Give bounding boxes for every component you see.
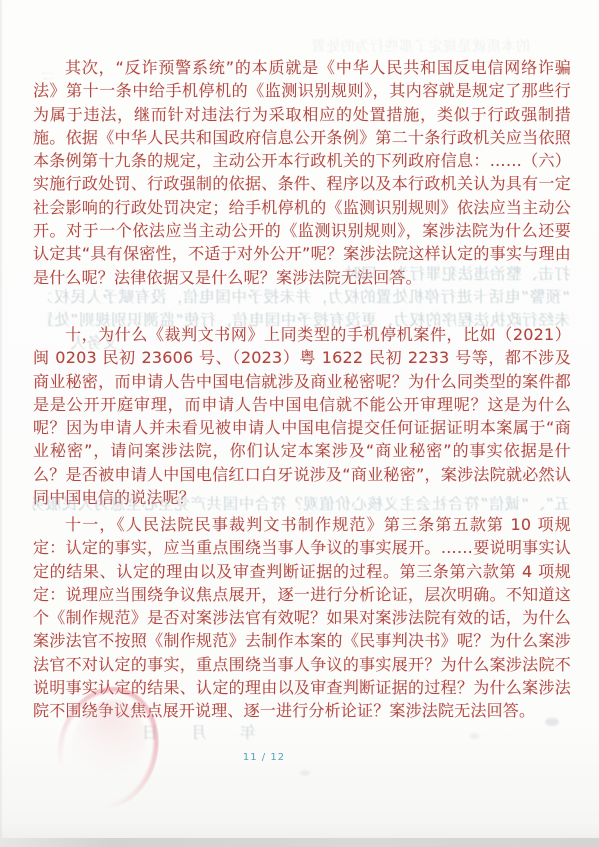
- page-number: 11 / 12: [222, 752, 306, 763]
- paragraph-qici: 其次，“反诈预警系统”的本质就是《中华人民共和国反电信网络诈骗法》第十一条中给手…: [33, 56, 571, 289]
- paragraph-ten: 十，为什么《裁判文书网》上同类型的手机停机案件，比如（2021）闽 0203 民…: [33, 323, 571, 509]
- scan-speck: [300, 770, 310, 776]
- scan-speck: [545, 718, 559, 726]
- bleedthrough-date-marks: 年 月 日: [86, 720, 256, 743]
- scan-edge-bottom: [0, 838, 599, 847]
- scanned-document-page: 的本质就是规定了那些行为的处置 三 其次，“反诈预警系统”的本质就是《中华人民共…: [0, 0, 599, 847]
- scan-speck: [470, 733, 479, 739]
- bleedthrough-text-top: 的本质就是规定了那些行为的处置: [250, 36, 530, 56]
- scan-edge-left: [0, 0, 3, 847]
- paragraph-eleven: 十一，《人民法院民事裁判文书制作规范》第三条第五款第 10 项规定：认定的事实，…: [33, 513, 571, 723]
